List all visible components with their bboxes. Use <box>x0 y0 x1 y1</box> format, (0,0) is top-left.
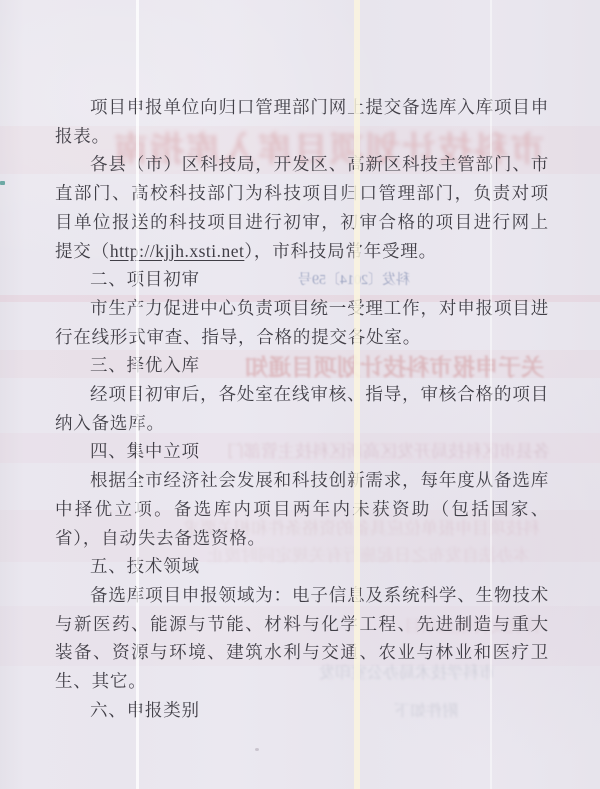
section-heading: 四、集中立项 <box>55 437 549 466</box>
scan-streak-vertical <box>490 0 492 789</box>
scan-streak-vertical <box>354 0 360 789</box>
scan-streak-vertical <box>136 0 139 789</box>
paragraph: 根据全市经济社会发展和科技创新需求，每年度从备选库中择优立项。备选库内项目两年内… <box>55 466 549 552</box>
paragraph: 各县（市）区科技局，开发区、高新区科技主管部门、市直部门、高校科技部门为科技项目… <box>55 150 549 265</box>
paragraph: 项目申报单位向归口管理部门网上提交备选库入库项目申报表。 <box>55 93 549 150</box>
section-heading: 五、技术领域 <box>55 552 549 581</box>
section-heading: 三、择优入库 <box>55 351 549 380</box>
paragraph: 备选库项目申报领域为：电子信息及系统科学、生物技术与新医药、能源与节能、材料与化… <box>55 581 549 696</box>
document-body: 项目申报单位向归口管理部门网上提交备选库入库项目申报表。 各县（市）区科技局，开… <box>55 93 549 724</box>
scanned-document-page: 市科技计划项目库入库指南 科发〔2014〕59号 关于申报市科技计划项目通知 各… <box>0 0 600 789</box>
paper-speck <box>255 748 259 751</box>
document-url: http://kjjh.xsti.net <box>110 241 244 261</box>
paragraph-text: ），市科技局常年受理。 <box>244 241 437 261</box>
paragraph: 市生产力促进中心负责项目统一受理工作，对申报项目进行在线形式审查、指导，合格的提… <box>55 294 549 351</box>
section-heading: 六、申报类别 <box>55 696 549 725</box>
edge-artifact <box>0 181 5 185</box>
paragraph: 经项目初审后，各处室在线审核、指导，审核合格的项目纳入备选库。 <box>55 380 549 437</box>
section-heading: 二、项目初审 <box>55 265 549 294</box>
